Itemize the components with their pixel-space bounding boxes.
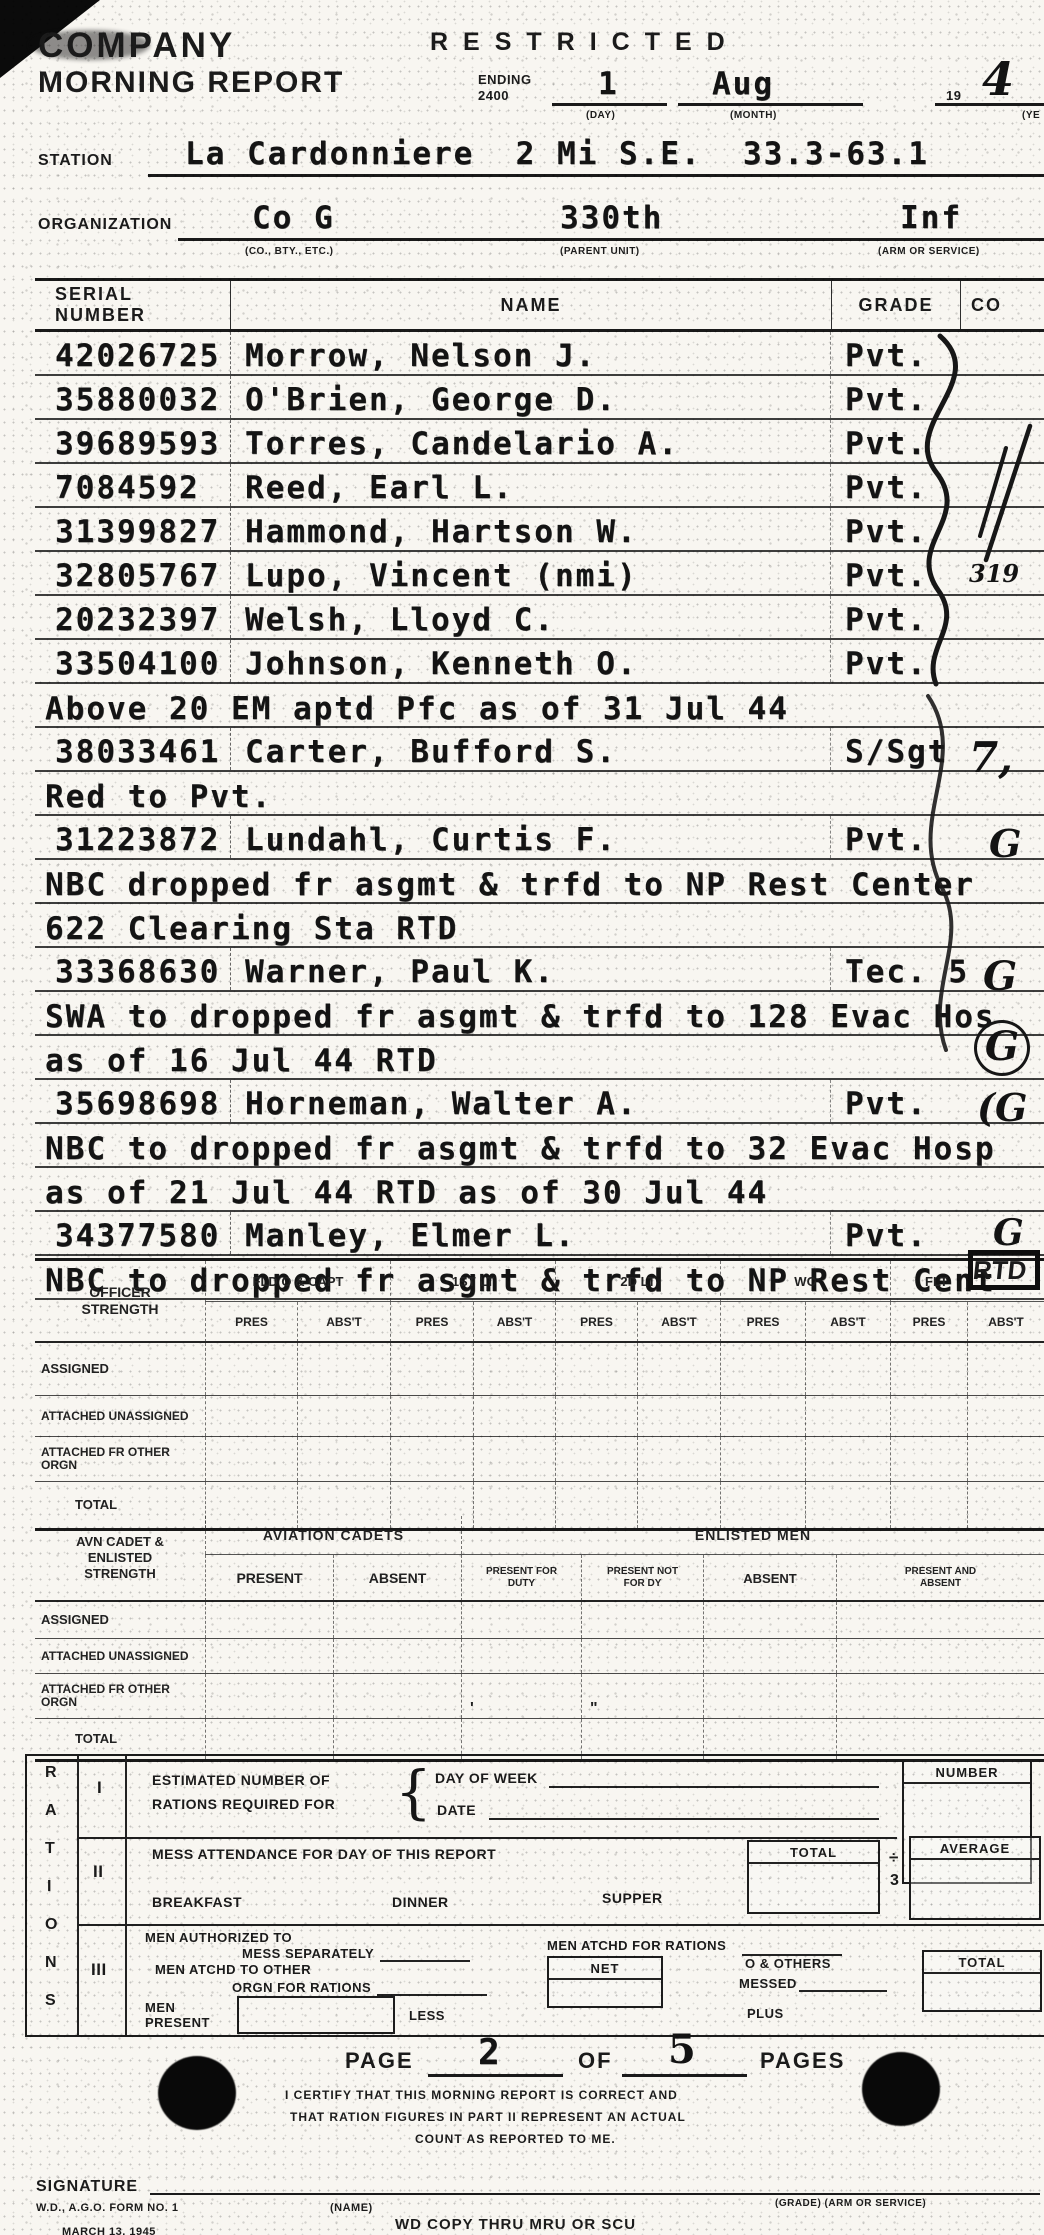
name-sublabel: (NAME) [330, 2202, 373, 2214]
day-sublabel: (DAY) [586, 110, 615, 121]
officer-group-fldo-capt: FLD O & CAPT [205, 1261, 390, 1301]
rations-section: R A T I O N S I II III ESTIMATED NUMBER … [25, 1754, 1044, 2037]
month-sublabel: (MONTH) [730, 110, 777, 121]
divide-sign: ÷ [889, 1848, 899, 1868]
note-cell: as of 21 Jul 44 RTD as of 30 Jul 44 [35, 1176, 768, 1210]
mess-separately-blank [380, 1944, 470, 1962]
year-handwritten: 4 [982, 52, 1014, 106]
men-present-box [237, 1996, 395, 2034]
day-of-week-blank [549, 1766, 879, 1788]
abst-subheader: ABS'T [967, 1302, 1044, 1342]
roster-note-row: SWA to dropped fr asgmt & trfd to 128 Ev… [35, 992, 1044, 1036]
divisor-three: 3 [890, 1872, 899, 1890]
officer-strength-title: OFFICER STRENGTH [35, 1261, 205, 1341]
organization-unit-sublabel: (CO., BTY., ETC.) [245, 246, 334, 257]
cell-tick-mark: " [581, 1674, 703, 1718]
name-cell: Morrow, Nelson J. [230, 332, 830, 374]
year-sublabel: (YE [1022, 110, 1040, 121]
roster-note-row: 622 Clearing Sta RTD [35, 904, 1044, 948]
orgn-for-rations-blank [377, 1978, 487, 1996]
serial-cell: 35698698 [35, 1080, 230, 1122]
roster-header-row: SERIAL NUMBER NAME GRADE CO [35, 281, 1044, 332]
classification-banner: RESTRICTED [430, 28, 740, 57]
serial-cell: 34377580 [35, 1212, 230, 1254]
abst-subheader: ABS'T [297, 1302, 390, 1342]
note-cell: SWA to dropped fr asgmt & trfd to 128 Ev… [35, 1000, 996, 1034]
organization-label: ORGANIZATION [38, 216, 172, 234]
name-cell: Reed, Earl L. [230, 464, 830, 506]
ending-label: ENDING [478, 72, 532, 87]
less-label: LESS [409, 2008, 445, 2023]
name-cell: Hammond, Hartson W. [230, 508, 830, 550]
avn-absent-col: ABSENT [333, 1555, 461, 1601]
officer-row-assigned: ASSIGNED [35, 1343, 205, 1395]
avn-row-attached-fr-other: ATTACHED FR OTHER ORGN [35, 1674, 205, 1718]
avn-row-attached-unassigned: ATTACHED UNASSIGNED [35, 1639, 205, 1673]
officer-group-wo: WO [720, 1261, 890, 1301]
station-value: La Cardonniere 2 Mi S.E. 33.3-63.1 [185, 136, 929, 172]
hole-punch-left [158, 2056, 236, 2130]
serial-cell: 20232397 [35, 596, 230, 638]
orgn-for-rations-label: ORGN FOR RATIONS [232, 1980, 371, 1995]
total-box-iii: TOTAL [922, 1950, 1042, 2012]
officer-group-1st-lt: 1ST LT [390, 1261, 555, 1301]
roster-row: 38033461 Carter, Bufford S. S/Sgt 7, [35, 728, 1044, 772]
organization-arm-sublabel: (ARM OR SERVICE) [878, 246, 980, 257]
co-header: CO [960, 281, 1044, 329]
rations-separator [77, 1924, 1044, 1926]
o-and-others-label: O & OTHERS [745, 1956, 831, 1971]
officer-row-attached-unassigned: ATTACHED UNASSIGNED [35, 1396, 205, 1436]
em-absent-col: ABSENT [703, 1555, 836, 1601]
signature-label: SIGNATURE [36, 2178, 138, 2196]
avn-enlisted-table: AVN CADET & ENLISTED STRENGTH AVIATION C… [35, 1516, 1044, 1762]
of-label: OF [578, 2048, 613, 2074]
plus-label: PLUS [747, 2006, 784, 2021]
men-authorized-label: MEN AUTHORIZED TO [145, 1930, 292, 1945]
pres-subheader: PRES [205, 1302, 297, 1342]
roster-note-row: Red to Pvt. [35, 772, 1044, 816]
note-cell: NBC to dropped fr asgmt & trfd to 32 Eva… [35, 1132, 996, 1166]
total-box: TOTAL [747, 1840, 880, 1914]
name-cell: Lundahl, Curtis F. [230, 816, 830, 858]
men-atchd-other-label: MEN ATCHD TO OTHER [155, 1962, 311, 1977]
messed-blank [799, 1974, 887, 1992]
station-label: STATION [38, 152, 113, 170]
serial-number-header: SERIAL NUMBER [35, 281, 230, 329]
grade-header: GRADE [831, 281, 960, 329]
signature-line [150, 2193, 1040, 2195]
roster-note-row: as of 16 Jul 44 RTD G [35, 1036, 1044, 1080]
serial-cell: 31399827 [35, 508, 230, 550]
mess-attendance-label: MESS ATTENDANCE FOR DAY OF THIS REPORT [152, 1846, 496, 1862]
month-value: Aug [712, 66, 774, 102]
em-present-for-duty-col: PRESENT FOR DUTY [461, 1555, 581, 1601]
form-number: W.D., A.G.O. FORM NO. 1 [36, 2202, 179, 2214]
serial-cell: 31223872 [35, 816, 230, 858]
name-cell: Welsh, Lloyd C. [230, 596, 830, 638]
name-cell: Torres, Candelario A. [230, 420, 830, 462]
form-date: MARCH 13, 1945 [62, 2226, 156, 2235]
name-cell: O'Brien, George D. [230, 376, 830, 418]
note-cell: 622 Clearing Sta RTD [35, 912, 458, 946]
grade-cell: Pvt. [830, 1080, 958, 1122]
net-box: NET [547, 1956, 663, 2008]
rations-part-iii: III [91, 1960, 107, 1980]
serial-cell: 39689593 [35, 420, 230, 462]
dinner-label: DINNER [392, 1894, 449, 1910]
avn-present-col: PRESENT [205, 1555, 333, 1601]
organization-unit: Co G [252, 200, 335, 236]
rations-i-line2: RATIONS REQUIRED FOR [152, 1796, 335, 1812]
morning-report-scan: COMPANY MORNING REPORT RESTRICTED ENDING… [0, 0, 1044, 2235]
handwritten-mark: G [993, 1212, 1024, 1254]
note-cell: Above 20 EM aptd Pfc as of 31 Jul 44 [35, 692, 789, 726]
avn-strength-title: AVN CADET & ENLISTED STRENGTH [35, 1516, 205, 1600]
serial-cell: 32805767 [35, 552, 230, 594]
grade-arm-sublabel: (GRADE) (ARM OR SERVICE) [775, 2198, 926, 2209]
serial-cell: 7084592 [35, 464, 230, 506]
form-title-line2: MORNING REPORT [38, 66, 344, 100]
pres-subheader: PRES [720, 1302, 805, 1342]
page-label: PAGE [345, 2048, 414, 2074]
roster-note-row: NBC to dropped fr asgmt & trfd to 32 Eva… [35, 1124, 1044, 1168]
certify-line1: I CERTIFY THAT THIS MORNING REPORT IS CO… [285, 2088, 678, 2102]
note-cell: as of 16 Jul 44 RTD [35, 1044, 438, 1078]
ending-time: 2400 [478, 88, 509, 103]
name-cell: Horneman, Walter A. [230, 1080, 830, 1122]
officer-group-2d-lt: 2D LT [555, 1261, 720, 1301]
copy-note: WD COPY THRU MRU OR SCU [395, 2216, 636, 2233]
men-atchd-rations-label: MEN ATCHD FOR RATIONS [547, 1938, 726, 1953]
year-printed: 19 [946, 88, 961, 103]
serial-cell: 33368630 [35, 948, 230, 990]
roster-note-row: NBC dropped fr asgmt & trfd to NP Rest C… [35, 860, 1044, 904]
pres-subheader: PRES [890, 1302, 967, 1342]
pages-label: PAGES [760, 2048, 845, 2074]
em-present-and-absent-col: PRESENT AND ABSENT [836, 1555, 1044, 1601]
supper-label: SUPPER [602, 1890, 663, 1906]
breakfast-label: BREAKFAST [152, 1894, 242, 1910]
serial-cell: 38033461 [35, 728, 230, 770]
certify-line2: THAT RATION FIGURES IN PART II REPRESENT… [290, 2110, 686, 2124]
roster-row: 33368630 Warner, Paul K. Tec. 5 G [35, 948, 1044, 992]
rations-part-i: I [97, 1778, 102, 1798]
avn-row-total: TOTAL [35, 1719, 205, 1759]
messed-label: MESSED [739, 1976, 797, 1991]
men-present-label: MEN PRESENT [145, 2000, 215, 2030]
handwritten-brace [878, 330, 1044, 702]
officer-row-attached-fr-other: ATTACHED FR OTHER ORGN [35, 1437, 205, 1481]
aviation-cadets-group: AVIATION CADETS [205, 1516, 461, 1554]
brace-glyph: { [395, 1758, 432, 1826]
serial-cell: 33504100 [35, 640, 230, 682]
enlisted-men-group: ENLISTED MEN [461, 1516, 1044, 1554]
mess-separately-label: MESS SEPARATELY [242, 1946, 374, 1961]
roster-note-row: as of 21 Jul 44 RTD as of 30 Jul 44 [35, 1168, 1044, 1212]
pages-total: 5 [668, 2026, 696, 2073]
roster-row: 34377580 Manley, Elmer L. Pvt. G [35, 1212, 1044, 1256]
serial-cell: 42026725 [35, 332, 230, 374]
note-cell: Red to Pvt. [35, 780, 272, 814]
rations-part-ii: II [93, 1862, 103, 1882]
name-header: NAME [230, 281, 831, 329]
abst-subheader: ABS'T [805, 1302, 890, 1342]
rations-i-line1: ESTIMATED NUMBER OF [152, 1772, 330, 1788]
organization-parent-sublabel: (PARENT UNIT) [560, 246, 640, 257]
grade-cell: Pvt. [830, 1212, 958, 1254]
roster-row: 35698698 Horneman, Walter A. Pvt. (G [35, 1080, 1044, 1124]
hole-punch-right [862, 2052, 940, 2126]
serial-cell: 35880032 [35, 376, 230, 418]
avn-row-assigned: ASSIGNED [35, 1602, 205, 1638]
average-box: AVERAGE [909, 1836, 1041, 1920]
date-blank [489, 1798, 879, 1820]
note-cell: NBC dropped fr asgmt & trfd to NP Rest C… [35, 868, 975, 902]
certify-line3: COUNT AS REPORTED TO ME. [415, 2132, 616, 2146]
pres-subheader: PRES [555, 1302, 637, 1342]
rations-separator [77, 1837, 897, 1839]
name-cell: Manley, Elmer L. [230, 1212, 830, 1254]
rations-vertical-label: R A T I O N S [27, 1756, 79, 2035]
roster-row: 31223872 Lundahl, Curtis F. Pvt. G [35, 816, 1044, 860]
date-label: DATE [437, 1802, 476, 1818]
name-cell: Lupo, Vincent (nmi) [230, 552, 830, 594]
officer-strength-table: OFFICER STRENGTH FLD O & CAPT 1ST LT 2D … [35, 1258, 1044, 1531]
abst-subheader: ABS'T [473, 1302, 555, 1342]
organization-parent-unit: 330th [560, 200, 663, 236]
organization-arm: Inf [900, 200, 962, 236]
rations-numeral-column: I II III [77, 1756, 127, 2035]
abst-subheader: ABS'T [637, 1302, 720, 1342]
cell-tick-mark: ' [461, 1674, 581, 1718]
pres-subheader: PRES [390, 1302, 473, 1342]
day-of-week-label: DAY OF WEEK [435, 1770, 538, 1786]
name-cell: Johnson, Kenneth O. [230, 640, 830, 682]
handwritten-curve [898, 688, 1038, 1060]
em-present-not-for-duty-col: PRESENT NOT FOR DY [581, 1555, 703, 1601]
form-title-line1: COMPANY [38, 26, 235, 66]
men-atchd-rations-blank [742, 1938, 842, 1956]
page-num: 2 [478, 2032, 502, 2073]
day-value: 1 [598, 66, 619, 102]
name-cell: Warner, Paul K. [230, 948, 830, 990]
name-cell: Carter, Bufford S. [230, 728, 830, 770]
rtd-stamp: RTD [968, 1250, 1040, 1290]
